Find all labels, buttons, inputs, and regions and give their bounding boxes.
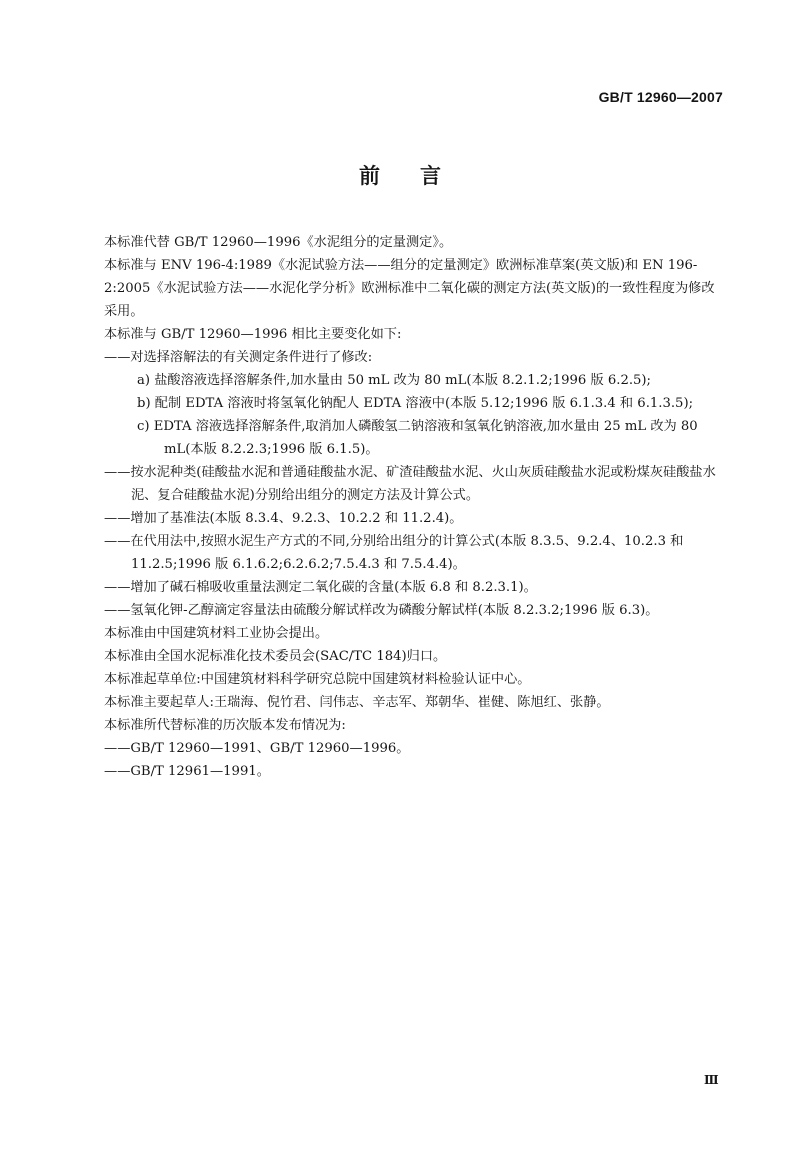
para-proposed-by: 本标准由中国建筑材料工业协会提出。: [104, 622, 724, 645]
change-item: ——按水泥种类(硅酸盐水泥和普通硅酸盐水泥、矿渣硅酸盐水泥、火山灰质硅酸盐水泥或…: [104, 461, 724, 507]
para-managed-by: 本标准由全国水泥标准化技术委员会(SAC/TC 184)归口。: [104, 645, 724, 668]
standard-code: GB/T 12960—2007: [599, 89, 723, 105]
change-item: ——氢氧化钾-乙醇滴定容量法由硫酸分解试样改为磷酸分解试样(本版 8.2.3.2…: [104, 599, 724, 622]
change-subitem-b: b) 配制 EDTA 溶液时将氢氧化钠配人 EDTA 溶液中(本版 5.12;1…: [110, 392, 724, 415]
para-changes-intro: 本标准与 GB/T 12960—1996 相比主要变化如下:: [104, 323, 724, 346]
change-item: ——对选择溶解法的有关测定条件进行了修改:: [104, 346, 724, 369]
document-body: 本标准代替 GB/T 12960—1996《水泥组分的定量测定》。 本标准与 E…: [104, 231, 724, 783]
history-item: ——GB/T 12960—1991、GB/T 12960—1996。: [104, 737, 724, 760]
change-item: ——增加了碱石棉吸收重量法测定二氧化碳的含量(本版 6.8 和 8.2.3.1)…: [104, 576, 724, 599]
change-subitem-c: c) EDTA 溶液选择溶解条件,取消加人磷酸氢二钠溶液和氢氧化钠溶液,加水量由…: [110, 415, 724, 461]
page-number: Ⅲ: [704, 1073, 719, 1087]
change-item: ——增加了基准法(本版 8.3.4、9.2.3、10.2.2 和 11.2.4)…: [104, 507, 724, 530]
change-subitem-a: a) 盐酸溶液选择溶解条件,加水量由 50 mL 改为 80 mL(本版 8.2…: [110, 369, 724, 392]
change-item: ——在代用法中,按照水泥生产方式的不同,分别给出组分的计算公式(本版 8.3.5…: [104, 530, 724, 576]
page-title: 前言: [0, 160, 800, 190]
para-equivalence: 本标准与 ENV 196-4:1989《水泥试验方法——组分的定量测定》欧洲标准…: [104, 254, 724, 323]
para-drafters: 本标准主要起草人:王瑞海、倪竹君、闫伟志、辛志军、郑朝华、崔健、陈旭红、张静。: [104, 691, 724, 714]
para-drafting-unit: 本标准起草单位:中国建筑材料科学研究总院中国建筑材料检验认证中心。: [104, 668, 724, 691]
para-replaces: 本标准代替 GB/T 12960—1996《水泥组分的定量测定》。: [104, 231, 724, 254]
para-history-intro: 本标准所代替标准的历次版本发布情况为:: [104, 714, 724, 737]
history-item: ——GB/T 12961—1991。: [104, 760, 724, 783]
